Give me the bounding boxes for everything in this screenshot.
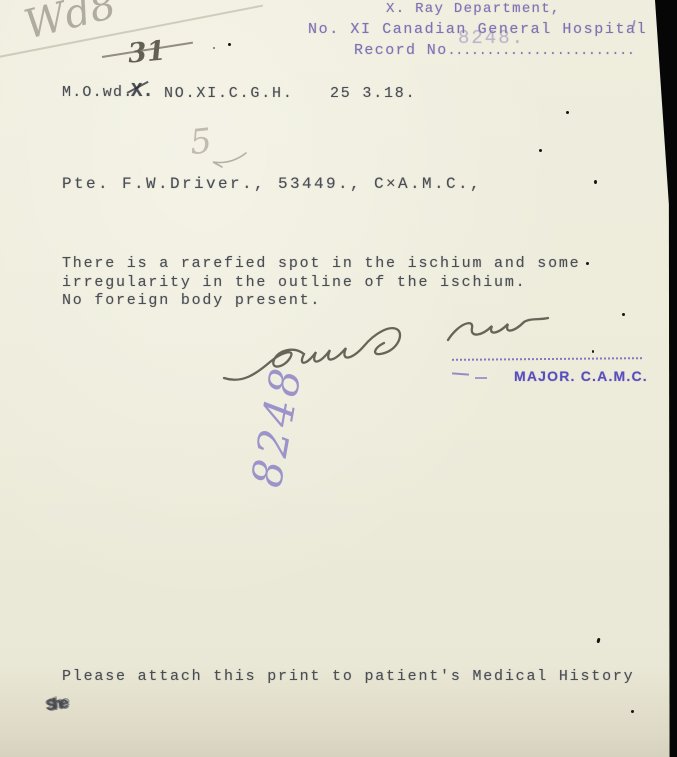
dust-speck [566,111,569,114]
dust-speck [586,262,589,265]
record-number-label: Record No [354,42,448,59]
rank-stamp: MAJOR. C.A.M.C. [514,368,648,384]
record-number-line: Record No ........................ [354,42,635,59]
reference-prefix: M.O.wd. [62,84,133,101]
report-line: There is a rarefied spot in the ischium … [62,255,580,274]
footer-overstrike-blob: She [45,695,67,716]
dust-speck [213,47,215,49]
patient-line: Pte. F.W.Driver., 53449., C×A.M.C., [62,175,482,193]
report-line: No foreign body present. [62,292,580,311]
report-body: There is a rarefied spot in the ischium … [62,255,580,311]
record-number-dotted-leader: ........................ [448,43,635,58]
header-department: X. Ray Department, [386,1,561,17]
dust-speck [596,638,600,644]
dust-speck [228,43,231,46]
dust-speck [622,313,625,316]
pencil-tick-mark [206,150,248,170]
reference-date: 25 3.18. [330,85,416,102]
stamp-dash-mark [475,377,487,379]
reference-unit: NO.XI.C.G.H. [164,85,294,102]
footer-instruction: Please attach this print to patient's Me… [62,668,634,685]
document-paper: X. Ray Department, No. XI Canadian Gener… [0,0,677,757]
report-line: irregularity in the outline of the ischi… [62,274,580,293]
dust-speck [592,350,594,353]
dust-speck [594,180,597,184]
scan-background: X. Ray Department, No. XI Canadian Gener… [0,0,677,757]
dust-speck [631,710,634,713]
dust-speck [539,149,542,152]
